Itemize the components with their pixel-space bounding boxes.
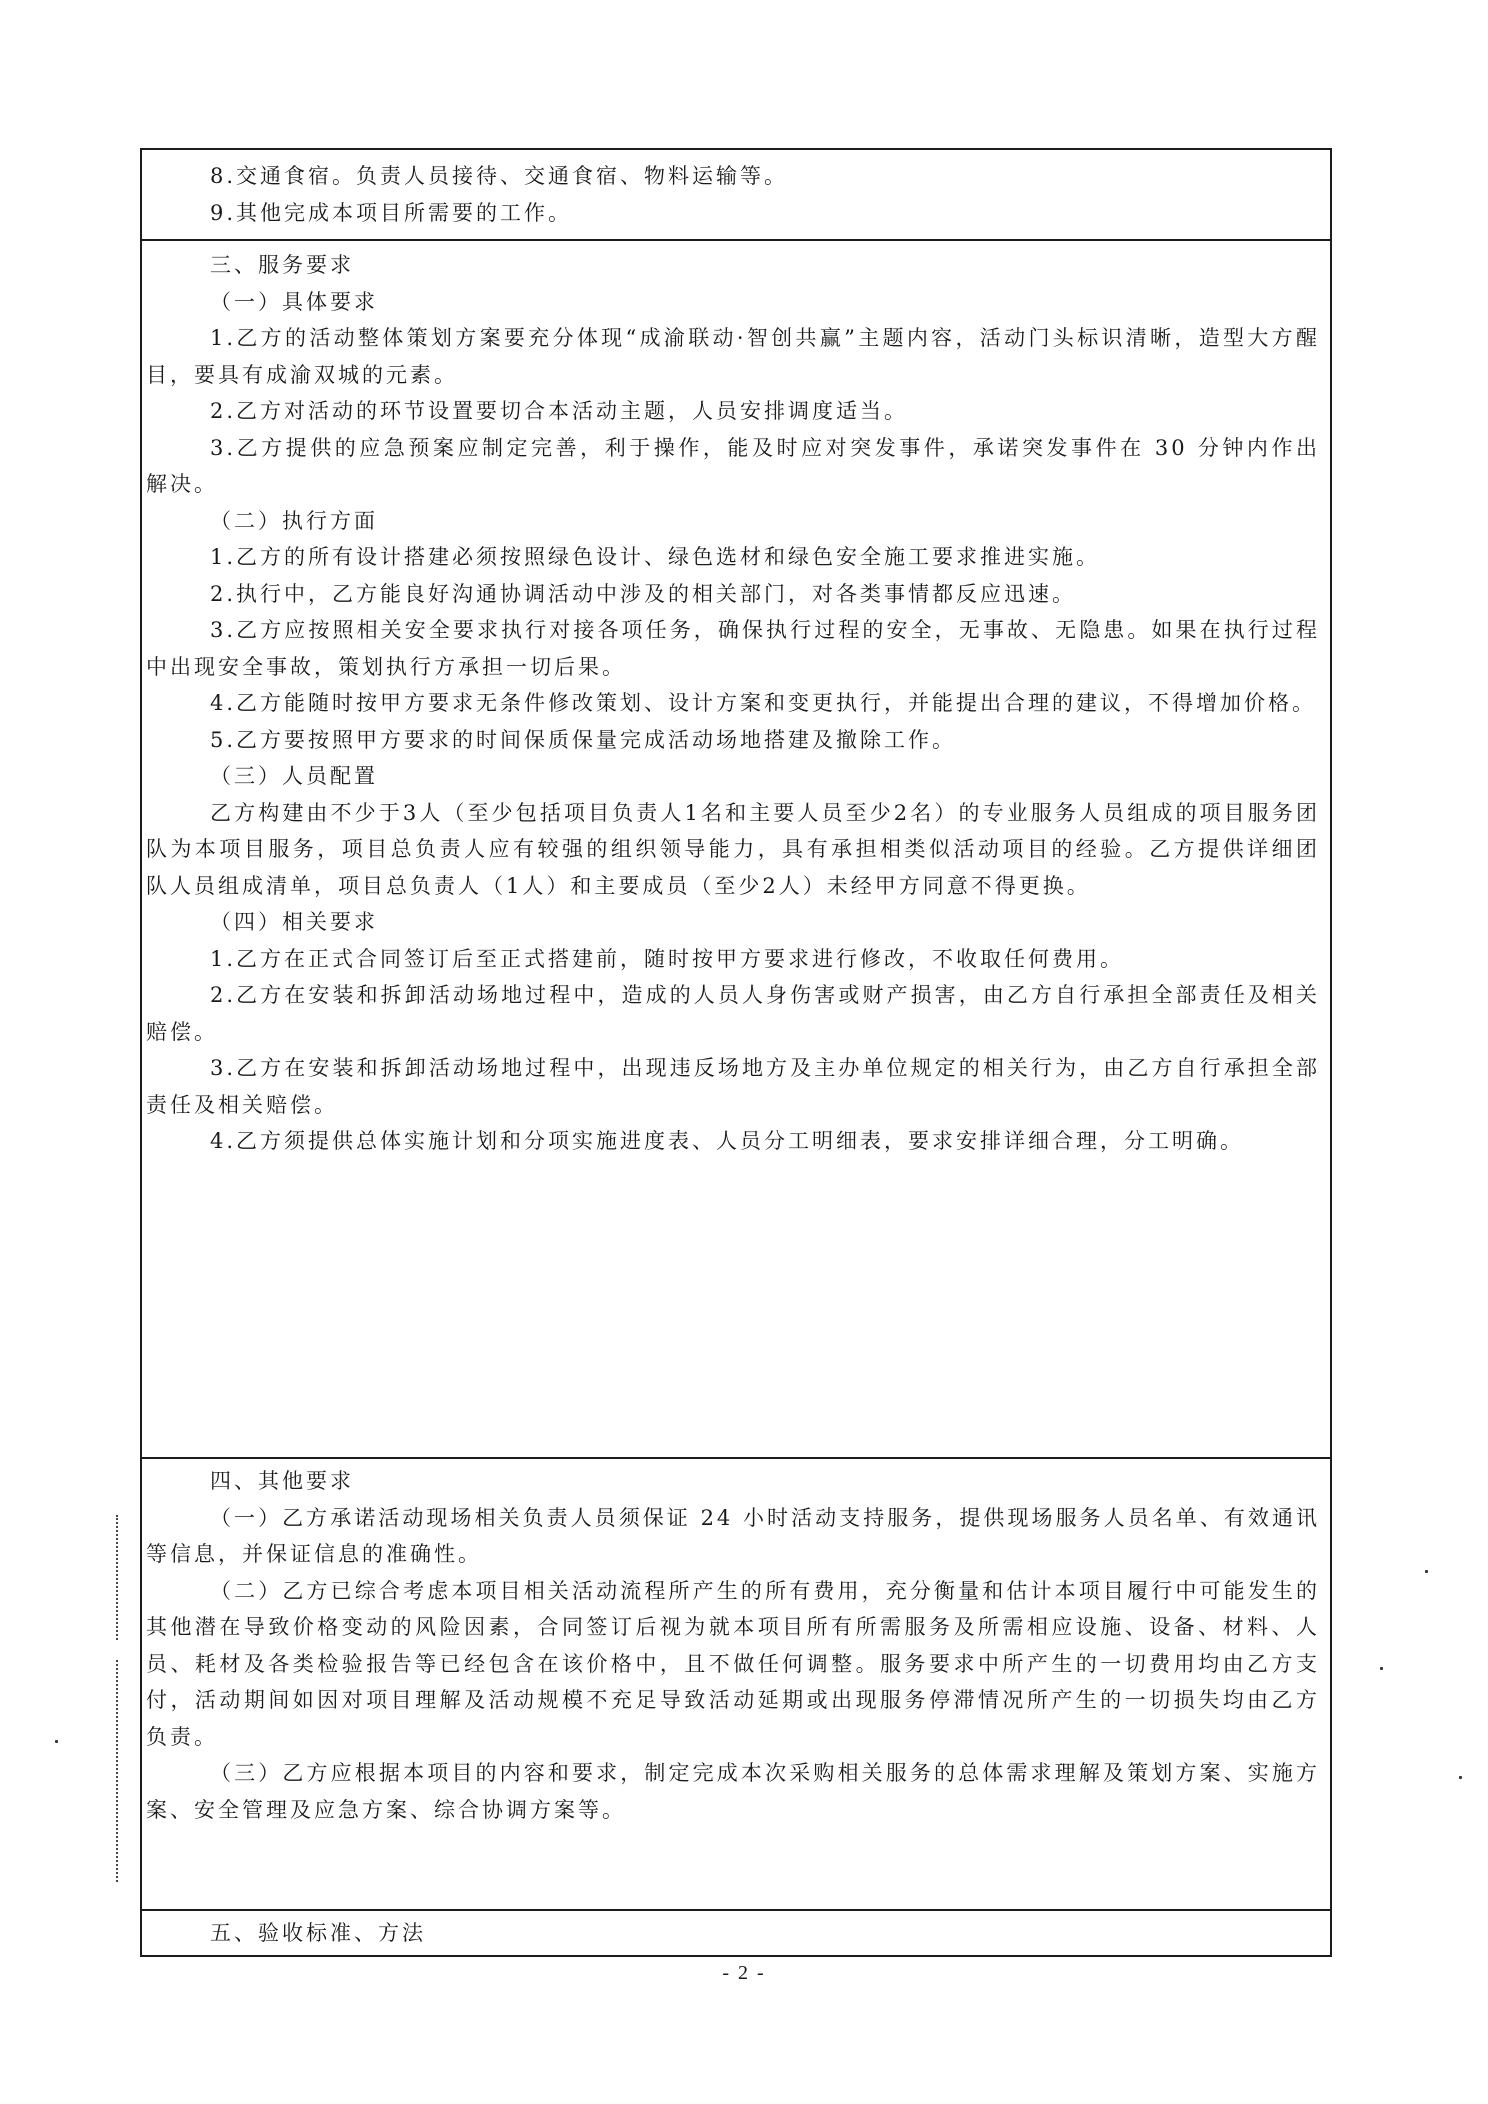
section-heading-acceptance: 五、验收标准、方法 — [146, 1915, 1320, 1952]
other-item-1: （一）乙方承诺活动现场相关负责人员须保证 24 小时活动支持服务，提供现场服务人… — [146, 1500, 1320, 1573]
page-number: - 2 - — [0, 1962, 1488, 1985]
specific-item-3: 3.乙方提供的应急预案应制定完善，利于操作，能及时应对突发事件，承诺突发事件在 … — [146, 430, 1320, 503]
related-item-2: 2.乙方在安装和拆卸活动场地过程中，造成的人员人身伤害或财产损害，由乙方自行承担… — [146, 977, 1320, 1050]
scope-item-8: 8.交通食宿。负责人员接待、交通食宿、物料运输等。 — [146, 158, 1320, 195]
table-row-scope-continued: 8.交通食宿。负责人员接待、交通食宿、物料运输等。 9.其他完成本项目所需要的工… — [142, 150, 1330, 241]
scan-speck — [1459, 1776, 1462, 1779]
subsection-title-specific: （一）具体要求 — [146, 284, 1320, 321]
staffing-paragraph: 乙方构建由不少于3人（至少包括项目负责人1名和主要人员至少2名）的专业服务人员组… — [146, 795, 1320, 905]
binding-mark-upper — [116, 1515, 118, 1640]
document-page: 8.交通食宿。负责人员接待、交通食宿、物料运输等。 9.其他完成本项目所需要的工… — [0, 0, 1488, 2104]
scan-speck — [1380, 1667, 1383, 1670]
table-row-service-requirements: 三、服务要求 （一）具体要求 1.乙方的活动整体策划方案要充分体现“成渝联动·智… — [142, 241, 1330, 1459]
execution-item-1: 1.乙方的所有设计搭建必须按照绿色设计、绿色选材和绿色安全施工要求推进实施。 — [146, 539, 1320, 576]
subsection-title-related: （四）相关要求 — [146, 904, 1320, 941]
subsection-title-execution: （二）执行方面 — [146, 503, 1320, 540]
section-heading-other-requirements: 四、其他要求 — [146, 1463, 1320, 1500]
scan-speck — [1425, 1570, 1428, 1573]
other-item-3: （三）乙方应根据本项目的内容和要求，制定完成本次采购相关服务的总体需求理解及策划… — [146, 1755, 1320, 1828]
execution-item-4: 4.乙方能随时按甲方要求无条件修改策划、设计方案和变更执行，并能提出合理的建议，… — [146, 685, 1320, 722]
table-row-acceptance: 五、验收标准、方法 — [142, 1911, 1330, 1957]
specific-item-1: 1.乙方的活动整体策划方案要充分体现“成渝联动·智创共赢”主题内容，活动门头标识… — [146, 320, 1320, 393]
execution-item-3: 3.乙方应按照相关安全要求执行对接各项任务，确保执行过程的安全，无事故、无隐患。… — [146, 612, 1320, 685]
related-item-1: 1.乙方在正式合同签订后至正式搭建前，随时按甲方要求进行修改，不收取任何费用。 — [146, 941, 1320, 978]
related-item-3: 3.乙方在安装和拆卸活动场地过程中，出现违反场地方及主办单位规定的相关行为，由乙… — [146, 1050, 1320, 1123]
specific-item-2: 2.乙方对活动的环节设置要切合本活动主题，人员安排调度适当。 — [146, 393, 1320, 430]
binding-mark-lower — [116, 1660, 118, 1882]
requirements-table: 8.交通食宿。负责人员接待、交通食宿、物料运输等。 9.其他完成本项目所需要的工… — [140, 148, 1332, 1957]
related-item-4: 4.乙方须提供总体实施计划和分项实施进度表、人员分工明细表，要求安排详细合理，分… — [146, 1123, 1320, 1160]
scan-speck — [55, 1740, 58, 1743]
section-heading-service-requirements: 三、服务要求 — [146, 247, 1320, 284]
scope-item-9: 9.其他完成本项目所需要的工作。 — [146, 195, 1320, 232]
subsection-title-staffing: （三）人员配置 — [146, 758, 1320, 795]
table-row-other-requirements: 四、其他要求 （一）乙方承诺活动现场相关负责人员须保证 24 小时活动支持服务，… — [142, 1459, 1330, 1911]
other-item-2: （二）乙方已综合考虑本项目相关活动流程所产生的所有费用，充分衡量和估计本项目履行… — [146, 1573, 1320, 1756]
execution-item-5: 5.乙方要按照甲方要求的时间保质保量完成活动场地搭建及撤除工作。 — [146, 722, 1320, 759]
execution-item-2: 2.执行中，乙方能良好沟通协调活动中涉及的相关部门，对各类事情都反应迅速。 — [146, 576, 1320, 613]
